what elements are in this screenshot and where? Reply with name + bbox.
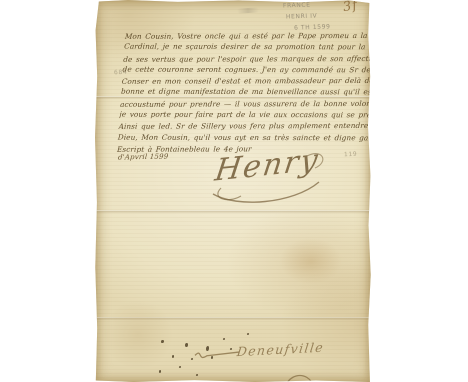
paper-sheet: FRANCE HENRI IV 6 TH 1599 3f 684 119 Mon…: [95, 0, 371, 382]
ink-speck: [185, 343, 188, 347]
ink-speck: [161, 340, 164, 343]
paper-stain: [280, 238, 342, 284]
paper-stain: [103, 300, 173, 370]
ink-speck: [223, 338, 225, 340]
ink-speck: [179, 366, 181, 368]
fold-crease: [95, 317, 371, 320]
photo-background: FRANCE HENRI IV 6 TH 1599 3f 684 119 Mon…: [0, 0, 468, 382]
pencil-annotation-author: HENRI IV: [286, 12, 318, 20]
pencil-annotation-country: FRANCE: [283, 2, 311, 10]
secretary-countersignature: Deneufville: [192, 334, 363, 373]
body-line: je vous porte pour faire part de la vie …: [119, 109, 370, 121]
ink-speck: [191, 358, 193, 360]
royal-signature: Henry: [207, 142, 333, 212]
ink-speck: [196, 374, 198, 376]
paraph-flourish-icon: [285, 372, 315, 382]
date-line: d'Apvril 1599: [118, 153, 169, 162]
body-line: de cette couronne seront cognues. J'en a…: [122, 64, 371, 76]
countersignature-flourish-icon: [193, 344, 242, 364]
ink-speck: [247, 333, 249, 335]
ink-speck: [159, 370, 161, 373]
ink-price-mark: 3f: [342, 0, 359, 15]
deneufville-signature-text: Deneufville: [236, 340, 325, 360]
ink-speck: [172, 355, 174, 358]
ink-speck: [211, 356, 213, 359]
body-line: bonne et digne manifestation de ma bienv…: [121, 86, 371, 98]
body-line: Ainsi que led. Sr de Sillery vous fera p…: [118, 120, 369, 132]
body-line: Cardinal, je ne sçaurois desirer de sa p…: [124, 41, 371, 53]
pencil-smudge: [237, 7, 259, 13]
ink-speck: [230, 348, 232, 350]
letter-body: Mon Cousin, Vostre oncle qui a esté par …: [117, 30, 371, 154]
